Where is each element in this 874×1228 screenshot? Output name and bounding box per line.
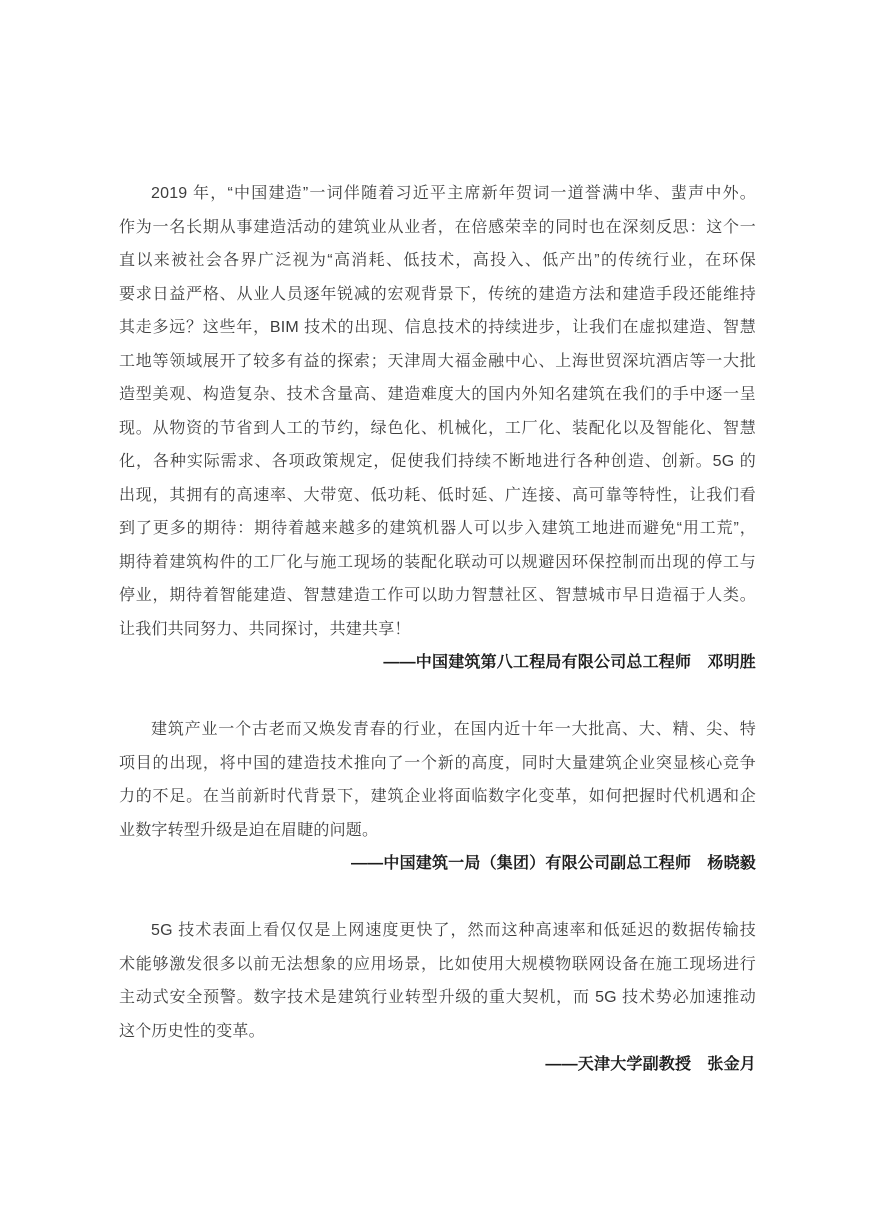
paragraph-line: 出现，其拥有的高速率、大带宽、低功耗、低时延、广连接、高可靠等特性，让我们看: [119, 479, 756, 513]
paragraph-line: 现。从物资的节省到人工的节约，绿色化、机械化，工厂化、装配化以及智能化、智慧: [119, 412, 756, 446]
page-content: 2019 年，“中国建造”一词伴随着习近平主席新年贺词一道誉满中华、蜚声中外。作…: [119, 177, 756, 1082]
quote-zhang-jinyue: 5G 技术表面上看仅仅是上网速度更快了，然而这种高速率和低延迟的数据传输技术能够…: [119, 914, 756, 1082]
quote-yang-xiaoyi: 建筑产业一个古老而又焕发青春的行业，在国内近十年一大批高、大、精、尖、特项目的出…: [119, 713, 756, 881]
paragraph-line: 其走多远？这些年，BIM 技术的出现、信息技术的持续进步，让我们在虚拟建造、智慧: [119, 311, 756, 345]
attribution-line: ——中国建筑一局（集团）有限公司副总工程师 杨晓毅: [119, 847, 756, 881]
paragraph-line: 建筑产业一个古老而又焕发青春的行业，在国内近十年一大批高、大、精、尖、特: [119, 713, 756, 747]
paragraph-line: 5G 技术表面上看仅仅是上网速度更快了，然而这种高速率和低延迟的数据传输技: [119, 914, 756, 948]
attribution-line: ——天津大学副教授 张金月: [119, 1048, 756, 1082]
paragraph-line: 主动式安全预警。数字技术是建筑行业转型升级的重大契机，而 5G 技术势必加速推动: [119, 981, 756, 1015]
paragraph-line: 术能够激发很多以前无法想象的应用场景，比如使用大规模物联网设备在施工现场进行: [119, 948, 756, 982]
paragraph-line: 力的不足。在当前新时代背景下，建筑企业将面临数字化变革，如何把握时代机遇和企: [119, 780, 756, 814]
paragraph-line: 化，各种实际需求、各项政策规定，促使我们持续不断地进行各种创造、创新。5G 的: [119, 445, 756, 479]
paragraph-line: 要求日益严格、从业人员逐年锐减的宏观背景下，传统的建造方法和建造手段还能维持: [119, 278, 756, 312]
paragraph-line: 让我们共同努力、共同探讨，共建共享！: [119, 613, 756, 647]
attribution-line: ——中国建筑第八工程局有限公司总工程师 邓明胜: [119, 646, 756, 680]
paragraph-line: 2019 年，“中国建造”一词伴随着习近平主席新年贺词一道誉满中华、蜚声中外。: [119, 177, 756, 211]
paragraph-line: 作为一名长期从事建造活动的建筑业从业者，在倍感荣幸的同时也在深刻反思：这个一: [119, 211, 756, 245]
paragraph-line: 项目的出现，将中国的建造技术推向了一个新的高度，同时大量建筑企业突显核心竞争: [119, 747, 756, 781]
paragraph-line: 期待着建筑构件的工厂化与施工现场的装配化联动可以规避因环保控制而出现的停工与: [119, 546, 756, 580]
paragraph-line: 这个历史性的变革。: [119, 1015, 756, 1049]
paragraph-line: 到了更多的期待：期待着越来越多的建筑机器人可以步入建筑工地进而避免“用工荒”，: [119, 512, 756, 546]
paragraph-line: 业数字转型升级是迫在眉睫的问题。: [119, 814, 756, 848]
paragraph-line: 造型美观、构造复杂、技术含量高、建造难度大的国内外知名建筑在我们的手中逐一呈: [119, 378, 756, 412]
quote-deng-mingsheng: 2019 年，“中国建造”一词伴随着习近平主席新年贺词一道誉满中华、蜚声中外。作…: [119, 177, 756, 680]
paragraph-line: 停业，期待着智能建造、智慧建造工作可以助力智慧社区、智慧城市早日造福于人类。: [119, 579, 756, 613]
paragraph-line: 工地等领域展开了较多有益的探索；天津周大福金融中心、上海世贸深坑酒店等一大批: [119, 345, 756, 379]
paragraph-line: 直以来被社会各界广泛视为“高消耗、低技术，高投入、低产出”的传统行业，在环保: [119, 244, 756, 278]
